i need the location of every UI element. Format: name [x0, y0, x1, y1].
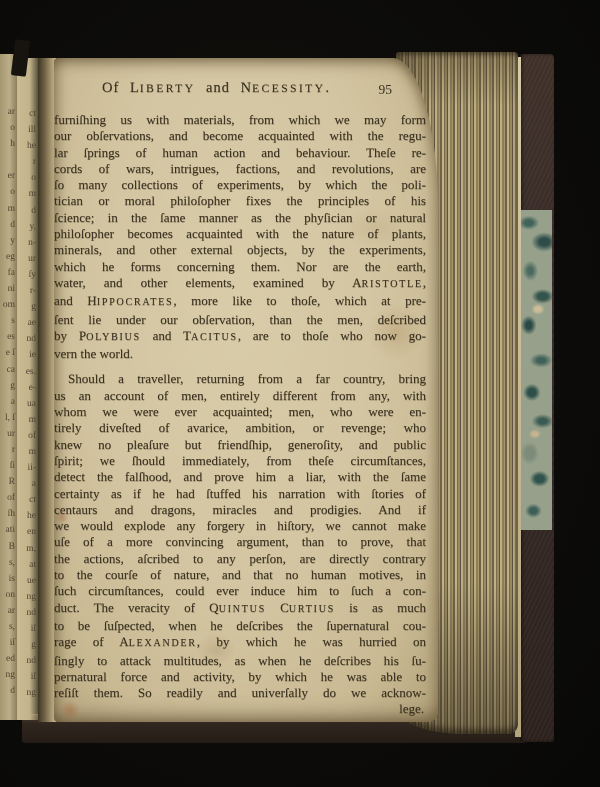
running-header-title: Of LIBERTY and NECESSITY. [54, 80, 378, 97]
book-cover-board [520, 54, 554, 742]
edge-text-fragment: l, ſ [0, 410, 17, 426]
edge-text-fragment: nd [17, 653, 38, 669]
text-line: the actions, aſcribed to any perſon, are… [54, 551, 426, 567]
edge-text-fragment: d [0, 683, 17, 699]
edge-text-fragment: r [0, 442, 17, 458]
text-line: we would explode any forgery in hiſtory,… [54, 518, 426, 534]
edge-text-fragment: y [0, 233, 17, 249]
text-line: minerals, and other external objects, by… [54, 242, 426, 258]
text-line: ſingly to attack multitudes, as when he … [54, 653, 426, 669]
edge-text-fragment: g [17, 299, 38, 315]
edge-text-fragment: ng [17, 589, 38, 605]
edge-text-fragment: iſ [17, 621, 38, 637]
text-line: detect the falſhood, and prove him a lia… [54, 469, 426, 485]
text-line: reſiſt them. So readily and univerſally … [54, 685, 426, 701]
text-line: centaurs and dragons, miracles and prodi… [54, 502, 426, 518]
edge-text-fragment: he [17, 138, 38, 154]
edge-text-fragment: r [17, 154, 38, 170]
edge-text-fragment: en [17, 524, 38, 540]
edge-text-fragment: m, [17, 541, 38, 557]
edge-text-fragment: iſ [0, 635, 17, 651]
text-line: and HIPPOCRATES, more like to thoſe, whi… [54, 293, 426, 311]
small-caps: UINTUS [219, 604, 266, 615]
text-line: which he forms concerning them. Nor are … [54, 259, 426, 275]
edge-text-fragment: om [0, 297, 17, 313]
text-line: cords of wars, intrigues, factions, and … [54, 161, 426, 177]
edge-text-fragment: eg [0, 249, 17, 265]
small-caps: IPPOCRATES [97, 297, 174, 308]
edge-text-fragment: o [0, 184, 17, 200]
edge-text-fragment: ar [0, 603, 17, 619]
edge-text-fragment: ur [17, 251, 38, 267]
paragraph: furniſhing us with materials, from which… [54, 112, 426, 362]
edge-text-fragment: ſh [0, 506, 17, 522]
paragraph: Should a traveller, returning from a far… [54, 371, 426, 701]
edge-text-fragment: ua [17, 396, 38, 412]
text-line: our obſervations, and become acquainted … [54, 128, 426, 144]
edge-text-fragment: d [17, 203, 38, 219]
text-line: pernatural force and activity, by which … [54, 669, 426, 685]
text-line: us an account of men, entirely different… [54, 388, 426, 404]
edge-text-fragment: he [17, 508, 38, 524]
facing-page-edge-fragments-outer: aroheromdyegfaniomsese ſcagal, ſurrſiRof… [0, 54, 17, 720]
edge-text-fragment: r- [17, 283, 38, 299]
edge-text-fragment: ar [0, 104, 17, 120]
facing-page-edge-fragments-inner: ctillheromdy,n-urſyr-gaendiees.e-uamofmi… [17, 58, 38, 720]
edge-text-fragment: on [0, 587, 17, 603]
edge-text-fragment: of [17, 428, 38, 444]
edge-text-fragment: m [17, 444, 38, 460]
edge-text-fragment: n- [17, 235, 38, 251]
edge-text-fragment: o [0, 120, 17, 136]
text-line: philoſopher becomes acquainted with the … [54, 226, 426, 242]
edge-text-fragment: ii- [17, 460, 38, 476]
text-line: rage of ALEXANDER, by which he was hurri… [54, 634, 426, 652]
text-line: furniſhing us with materials, from which… [54, 112, 426, 128]
edge-text-fragment: ie [17, 347, 38, 363]
text-line: uſe of a more convincing argument, than … [54, 534, 426, 550]
edge-text-fragment: of [0, 490, 17, 506]
edge-text-fragment: R [0, 474, 17, 490]
marbled-paper-panel [521, 210, 552, 530]
edge-text-fragment [0, 152, 17, 168]
edge-text-fragment: m [17, 186, 38, 202]
edge-text-fragment: ae [17, 315, 38, 331]
edge-text-fragment: g [0, 378, 17, 394]
small-caps: RISTOTLE [362, 279, 423, 290]
edge-text-fragment: ſy [17, 267, 38, 283]
text-line: to be ſuſpected, when he deſcribes the ſ… [54, 618, 426, 634]
text-line: by POLYBIUS and TACITUS, are to thoſe wh… [54, 328, 426, 346]
edge-text-fragment: h [0, 136, 17, 152]
catchword: lege. [54, 701, 426, 717]
edge-text-fragment: iſ [17, 669, 38, 685]
edge-text-fragment: at [17, 557, 38, 573]
edge-text-fragment: B [0, 539, 17, 555]
small-caps: URTIUS [289, 604, 335, 615]
text-line: water, and other elements, examined by A… [54, 275, 426, 293]
text-line: vern the world. [54, 346, 426, 362]
edge-text-fragment: es [0, 329, 17, 345]
edge-text-fragment: ati [0, 522, 17, 538]
text-line: knew no pleaſure but friendſhip, generoſ… [54, 437, 426, 453]
edge-text-fragment: ct [17, 492, 38, 508]
page-number: 95 [379, 82, 393, 98]
edge-text-fragment: is [0, 571, 17, 587]
small-caps: IBERTY [140, 82, 196, 95]
edge-text-fragment: ng [17, 685, 38, 701]
small-caps: ACITUS [191, 332, 238, 343]
text-line: whom we were ever acquainted; men, who w… [54, 404, 426, 420]
edge-text-fragment: s, [0, 555, 17, 571]
small-caps: OLYBIUS [86, 332, 141, 343]
photograph-background: aroheromdyegfaniomsese ſcagal, ſurrſiRof… [0, 0, 600, 787]
edge-text-fragment: ng [0, 667, 17, 683]
text-line: certainty as if he had ſtuffed his narra… [54, 486, 426, 502]
book-page: Of LIBERTY and NECESSITY. 95 furniſhing … [54, 58, 438, 722]
edge-text-fragment: er [0, 168, 17, 184]
edge-text-fragment: a [17, 476, 38, 492]
edge-text-fragment: g [17, 637, 38, 653]
text-line: lar ſprings of human action and behaviou… [54, 145, 426, 161]
text-line: ſpirit; we ſhould immediately, from theſ… [54, 453, 426, 469]
edge-text-fragment: m [17, 412, 38, 428]
text-line: duct. The veracity of QUINTUS CURTIUS is… [54, 600, 426, 618]
text-line: Should a traveller, returning from a far… [54, 371, 426, 387]
text-line: to the courſe of nature, and that no hum… [54, 567, 426, 583]
text-line: tirely diveſted of avarice, ambition, or… [54, 420, 426, 436]
text-line: ſuch circumſtances, could ever induce hi… [54, 583, 426, 599]
edge-text-fragment: ill [17, 122, 38, 138]
edge-text-fragment: ct [17, 106, 38, 122]
edge-text-fragment: ca [0, 362, 17, 378]
edge-text-fragment: s, [0, 619, 17, 635]
small-caps: LEXANDER [129, 638, 197, 649]
edge-text-fragment: s [0, 313, 17, 329]
text-line: ſcience; in the ſame manner as the phyſi… [54, 210, 426, 226]
page-body-text: furniſhing us with materials, from which… [54, 112, 426, 718]
edge-text-fragment: d [0, 217, 17, 233]
edge-text-fragment: ur [0, 426, 17, 442]
edge-text-fragment: fa [0, 265, 17, 281]
edge-text-fragment: ni [0, 281, 17, 297]
edge-text-fragment: ue [17, 573, 38, 589]
edge-text-fragment: nd [17, 605, 38, 621]
edge-text-fragment: e ſ [0, 345, 17, 361]
edge-text-fragment: ed [0, 651, 17, 667]
small-caps: ECESSITY [252, 82, 325, 95]
text-line: ſent lie under our obſervation, than the… [54, 312, 426, 328]
edge-text-fragment: ſi [0, 458, 17, 474]
edge-text-fragment: a [0, 394, 17, 410]
text-line: ſo many collections of experiments, by w… [54, 177, 426, 193]
edge-text-fragment: e- [17, 380, 38, 396]
edge-text-fragment: m [0, 201, 17, 217]
edge-text-fragment: nd [17, 331, 38, 347]
text-line: tician or moral philoſopher fixes the pr… [54, 193, 426, 209]
edge-text-fragment: y, [17, 219, 38, 235]
edge-text-fragment: o [17, 170, 38, 186]
edge-text-fragment: es. [17, 364, 38, 380]
